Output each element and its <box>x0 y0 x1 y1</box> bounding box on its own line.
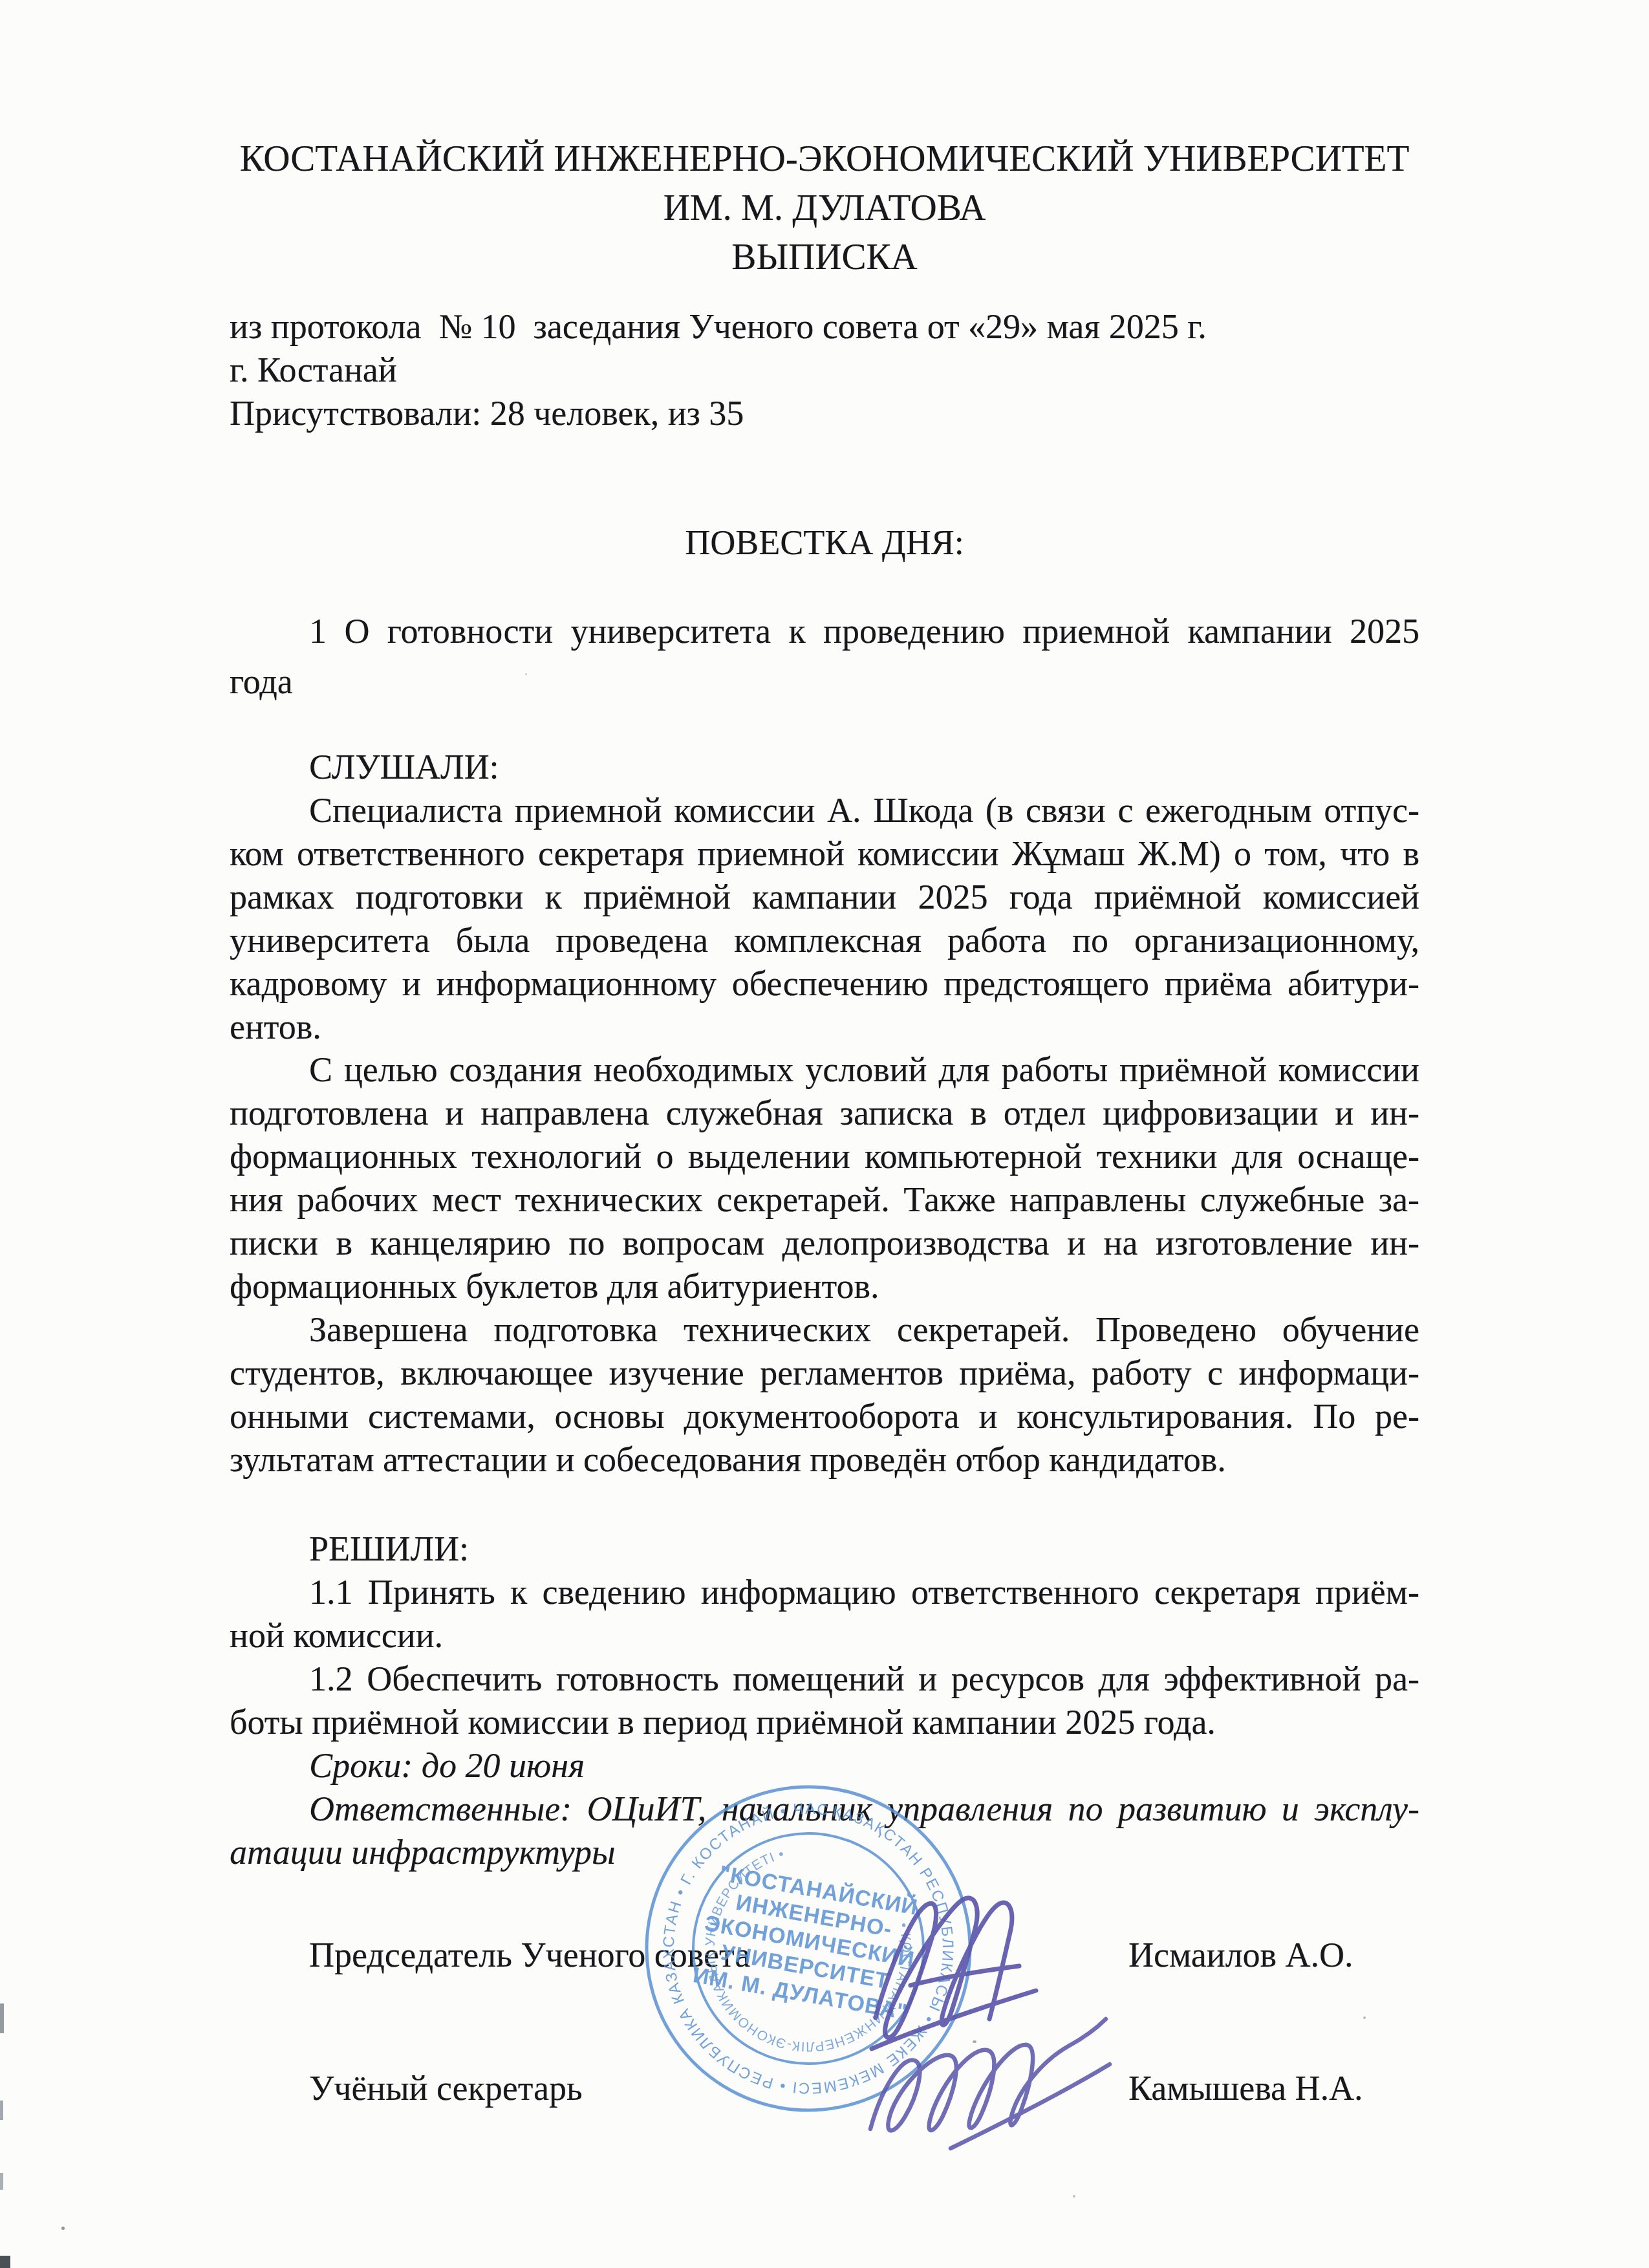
paragraph-line: ентов. <box>230 1006 1419 1049</box>
agenda-heading: ПОВЕСТКА ДНЯ: <box>230 521 1419 565</box>
paragraph-line: зультатам аттестации и собеседования про… <box>230 1438 1419 1482</box>
paragraph-line: онными системами, основы документооборот… <box>230 1395 1419 1438</box>
paragraph-line: ком ответственного секретаря приемной ко… <box>230 832 1419 876</box>
paragraph-line: кадровому и информационному обеспечению … <box>230 962 1419 1006</box>
scan-speck <box>525 673 527 675</box>
agenda-item-line: 1 О готовности университета к проведению… <box>230 610 1419 653</box>
paragraph-line: Специалиста приемной комиссии А. Шкода (… <box>230 789 1419 832</box>
resolution-line: 1.2 Обеспечить готовность помещений и ре… <box>230 1658 1419 1701</box>
paragraph-line: университета была проведена комплексная … <box>230 919 1419 962</box>
document-header: КОСТАНАЙСКИЙ ИНЖЕНЕРНО-ЭКОНОМИЧЕСКИЙ УНИ… <box>230 135 1419 282</box>
attendance-line: Присутствовали: 28 человек, из 35 <box>230 392 1419 435</box>
paragraph-line: Завершена подготовка технических секрета… <box>230 1308 1419 1352</box>
paragraph-line: подготовлена и направлена служебная запи… <box>230 1092 1419 1135</box>
signature-name: Исмаилов А.О. <box>1128 1934 1353 1977</box>
scan-edge-mark <box>0 2101 3 2120</box>
heard-paragraph-1: Специалиста приемной комиссии А. Шкода (… <box>230 789 1419 1049</box>
scan-corner-mark <box>0 2256 10 2268</box>
paragraph-line: студентов, включающее изучение регламент… <box>230 1352 1419 1395</box>
resolution-line: 1.1 Принять к сведению информацию ответс… <box>230 1571 1419 1614</box>
paragraph-line: формационных буклетов для абитуриентов. <box>230 1265 1419 1308</box>
university-name-line: КОСТАНАЙСКИЙ ИНЖЕНЕРНО-ЭКОНОМИЧЕСКИЙ УНИ… <box>230 135 1419 184</box>
scan-speck <box>1073 2195 1075 2198</box>
signature-title: Учёный секретарь <box>230 2069 583 2108</box>
resolution-item-1: 1.1 Принять к сведению информацию ответс… <box>230 1571 1419 1658</box>
resolution-line: боты приёмной комиссии в период приёмной… <box>230 1701 1419 1744</box>
scanned-document-page: КОСТАНАЙСКИЙ ИНЖЕНЕРНО-ЭКОНОМИЧЕСКИЙ УНИ… <box>0 0 1649 2268</box>
resolution-line: ной комиссии. <box>230 1614 1419 1658</box>
scan-speck <box>1363 2016 1366 2019</box>
paragraph-line: С целью создания необходимых условий для… <box>230 1048 1419 1092</box>
heard-paragraph-2: С целью создания необходимых условий для… <box>230 1048 1419 1308</box>
document-title: ВЫПИСКА <box>230 233 1419 282</box>
heard-paragraph-3: Завершена подготовка технических секрета… <box>230 1308 1419 1482</box>
scan-speck <box>61 2227 65 2230</box>
signature-name: Камышева Н.А. <box>1128 2067 1363 2110</box>
section-heading-heard: СЛУШАЛИ: <box>230 746 1419 789</box>
signature-ink-secretary <box>854 1992 1112 2186</box>
paragraph-line: ния рабочих мест технических секретарей.… <box>230 1178 1419 1222</box>
scan-speck <box>973 2040 976 2043</box>
paragraph-line: писки в канцелярию по вопросам делопроиз… <box>230 1222 1419 1265</box>
protocol-line: из протокола № 10 заседания Ученого сове… <box>230 305 1419 349</box>
university-name-line2: ИМ. М. ДУЛАТОВА <box>230 184 1419 233</box>
paragraph-line: рамках подготовки к приёмной кампании 20… <box>230 876 1419 919</box>
agenda-item: 1 О готовности университета к проведению… <box>230 610 1419 704</box>
scan-edge-mark <box>0 2173 3 2190</box>
agenda-item-line: года <box>230 660 1419 704</box>
resolution-item-2: 1.2 Обеспечить готовность помещений и ре… <box>230 1658 1419 1744</box>
scan-edge-mark <box>0 2003 4 2033</box>
paragraph-line: формационных технологий о выделении комп… <box>230 1135 1419 1178</box>
section-heading-resolved: РЕШИЛИ: <box>230 1528 1419 1571</box>
city-line: г. Костанай <box>230 349 1419 392</box>
